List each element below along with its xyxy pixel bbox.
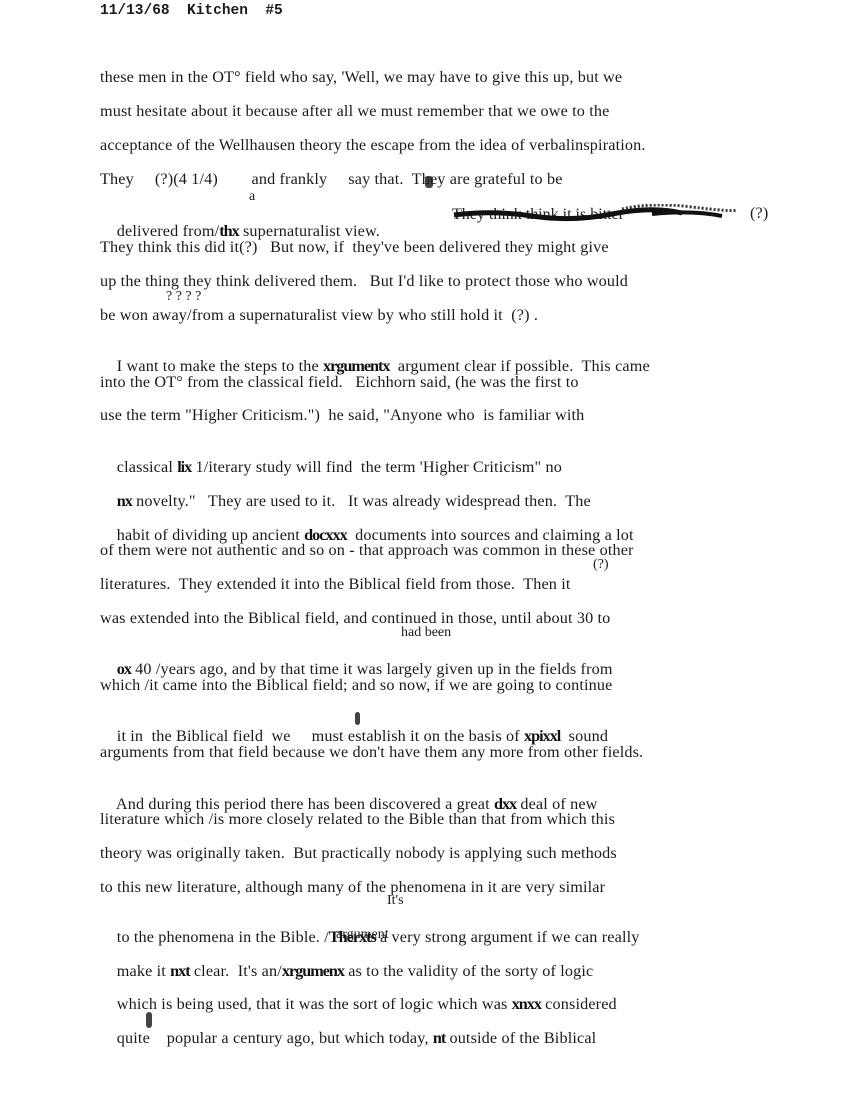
text-segment: popular a century ago, but which today, (163, 1029, 433, 1047)
text-line: quite popular a century ago, but which t… (100, 1011, 596, 1065)
text-line: be won away/from a supernaturalist view … (100, 306, 538, 324)
interlinear-insert: argument (336, 928, 389, 942)
text-line: literature which /is more closely relate… (100, 810, 615, 828)
text-segment: quite (117, 1029, 163, 1047)
strikeout-mark (355, 712, 360, 725)
scribble-strikeout: They think think it is bitter (452, 204, 747, 224)
text-line: to this new literature, although many of… (100, 878, 605, 896)
text-line: They (?)(4 1/4) and frankly say that. Th… (100, 170, 563, 188)
document-page: 11/13/68 Kitchen #5 these men in the OT°… (0, 0, 851, 1100)
text-line: acceptance of the Wellhausen theory the … (100, 136, 646, 154)
text-line: up the thing they think delivered them. … (100, 272, 628, 290)
interlinear-insert: (?) (593, 558, 609, 572)
strikeout-text: nt (433, 1029, 445, 1047)
interlinear-insert: a (249, 190, 255, 204)
text-line: into the OT° from the classical field. E… (100, 373, 579, 391)
interlinear-insert: ? ? ? ? (166, 290, 201, 304)
text-line: use the term "Higher Criticism.") he sai… (100, 406, 584, 424)
interlinear-insert: had been (401, 626, 451, 640)
text-line: They think this did it(?) But now, if th… (100, 238, 609, 256)
text-segment: outside of the Biblical (445, 1029, 596, 1047)
text-line: which /it came into the Biblical field; … (100, 676, 612, 694)
text-line: theory was originally taken. But practic… (100, 844, 617, 862)
text-segment: (?) (750, 204, 768, 222)
strikeout-mark (425, 176, 433, 188)
interlinear-insert: It's (387, 894, 404, 908)
text-line: of them were not authentic and so on - t… (100, 541, 634, 559)
strikeout-mark (146, 1012, 152, 1028)
text-line: these men in the OT° field who say, 'Wel… (100, 68, 622, 86)
text-line: was extended into the Biblical field, an… (100, 609, 610, 627)
text-line: literatures. They extended it into the B… (100, 575, 571, 593)
text-line: must hesitate about it because after all… (100, 102, 609, 120)
text-line: arguments from that field because we don… (100, 743, 643, 761)
page-header: 11/13/68 Kitchen #5 (100, 3, 283, 19)
